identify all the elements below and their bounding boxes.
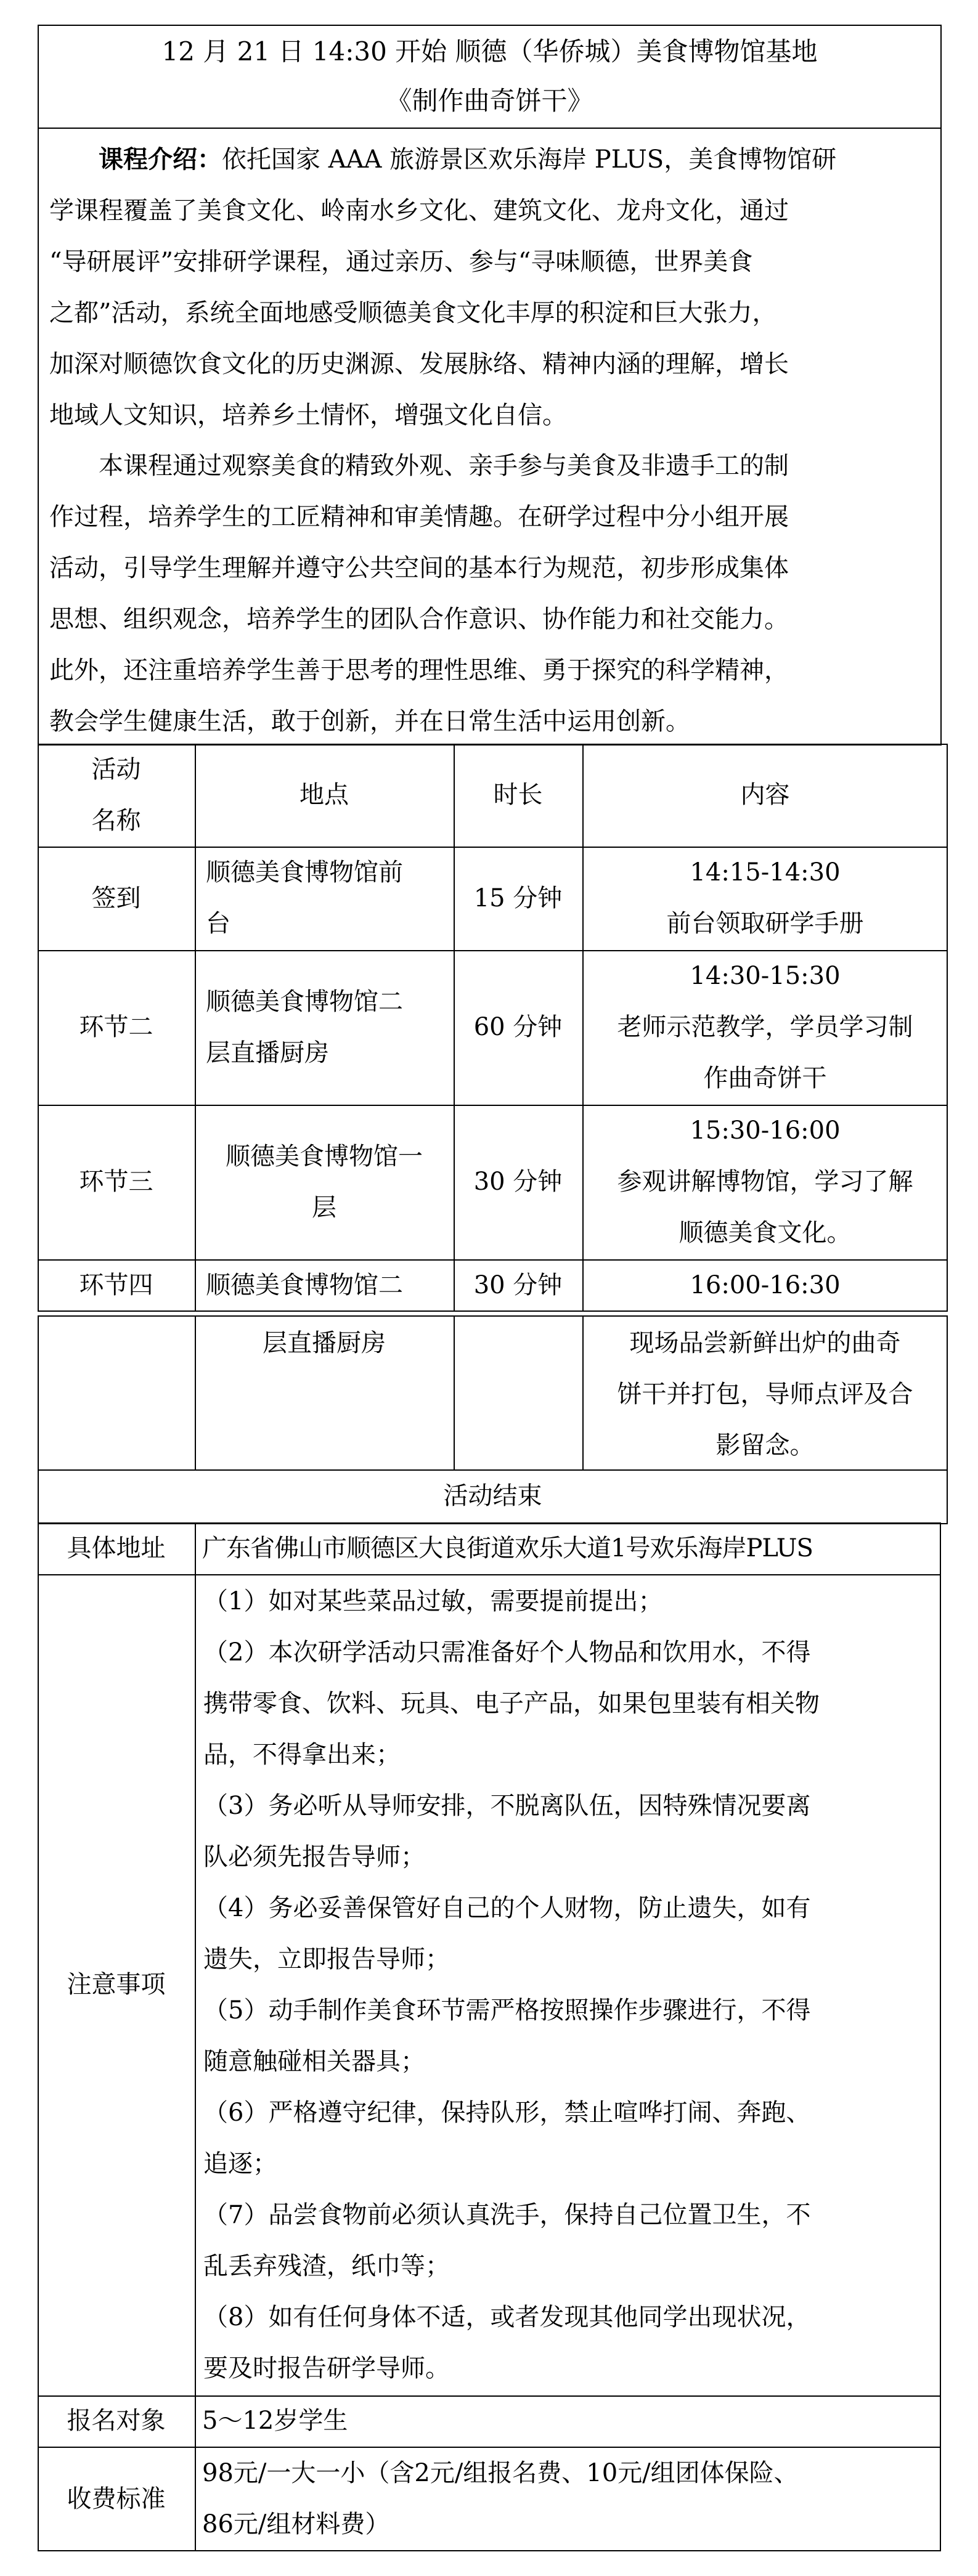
intro-label: 课程介绍： bbox=[99, 145, 222, 174]
note-item: （6）严格遵守纪律，保持队形，禁止喧哗打闹、奔跑、 bbox=[203, 2087, 810, 2139]
row-1-content: 14:15-14:30 前台领取研学手册 bbox=[582, 847, 948, 950]
note-item: （1）如对某些菜品过敏，需要提前提出； bbox=[203, 1576, 662, 1627]
col-line bbox=[454, 1315, 455, 1470]
fee-label: 收费标准 bbox=[38, 2447, 195, 2551]
header-place: 地点 bbox=[195, 744, 454, 847]
intro-paragraph-2: 本课程通过观察美食的精致外观、亲手参与美食及非遗手工的制 作过程，培养学生的工匠… bbox=[49, 441, 789, 747]
notes-list: （1）如对某些菜品过敏，需要提前提出； （2）本次研学活动只需准备好个人物品和饮… bbox=[195, 1574, 941, 2395]
row-3-content: 15:30-16:00 参观讲解博物馆，学习了解 顺德美食文化。 bbox=[582, 1105, 948, 1259]
row-1-place: 顺德美食博物馆前 台 bbox=[195, 847, 454, 950]
row-2-name: 环节二 bbox=[38, 950, 195, 1105]
row-3-duration: 30 分钟 bbox=[454, 1105, 582, 1259]
intro-paragraph-1: 课程介绍：依托国家 AAA 旅游景区欢乐海岸 PLUS，美食博物馆研 学课程覆盖… bbox=[49, 134, 836, 441]
note-item: （3）务必听从导师安排，不脱离队伍，因特殊情况要离 bbox=[203, 1781, 810, 1832]
row-3-place: 顺德美食博物馆一 层 bbox=[195, 1105, 454, 1259]
note-item: （4）务必妥善保管好自己的个人财物，防止遗失，如有 bbox=[203, 1883, 810, 1934]
note-item: （7）品尝食物前必须认真洗手，保持自己位置卫生，不 bbox=[203, 2190, 810, 2241]
note-item: （5）动手制作美食环节需严格按照操作步骤进行，不得 bbox=[203, 1985, 810, 2036]
row-4-duration: 30 分钟 bbox=[454, 1259, 582, 1312]
audience-value: 5～12岁学生 bbox=[195, 2395, 941, 2447]
header-activity-name: 活动 名称 bbox=[38, 744, 195, 847]
address-value: 广东省佛山市顺德区大良街道欢乐大道1号欢乐海岸PLUS bbox=[195, 1522, 941, 1574]
title-line-1: 12 月 21 日 14:30 开始 顺德（华侨城）美食博物馆基地 bbox=[161, 27, 817, 76]
row-4-content-continued: 现场品尝新鲜出炉的曲奇 饼干并打包，导师点评及合 影留念。 bbox=[582, 1315, 948, 1469]
row-3-name: 环节三 bbox=[38, 1105, 195, 1259]
row-1-duration: 15 分钟 bbox=[454, 847, 582, 950]
title-line-2: 《制作曲奇饼干》 bbox=[386, 76, 593, 126]
row-2-duration: 60 分钟 bbox=[454, 950, 582, 1105]
page-title: 12 月 21 日 14:30 开始 顺德（华侨城）美食博物馆基地 《制作曲奇饼… bbox=[38, 25, 942, 128]
header-duration: 时长 bbox=[454, 744, 582, 847]
header-content: 内容 bbox=[582, 744, 948, 847]
fee-value: 98元/一大一小（含2元/组报名费、10元/组团体保险、 86元/组材料费） bbox=[195, 2447, 941, 2551]
audience-label: 报名对象 bbox=[38, 2395, 195, 2447]
row-1-name: 签到 bbox=[38, 847, 195, 950]
row-4-name: 环节四 bbox=[38, 1259, 195, 1312]
row-4-place-continued: 层直播厨房 bbox=[195, 1315, 454, 1469]
row-4-content: 16:00-16:30 bbox=[582, 1259, 948, 1312]
note-item: （8）如有任何身体不适，或者发现其他同学出现状况， bbox=[203, 2292, 810, 2343]
address-label: 具体地址 bbox=[38, 1522, 195, 1574]
row-2-content: 14:30-15:30 老师示范教学，学员学习制 作曲奇饼干 bbox=[582, 950, 948, 1105]
row-2-place: 顺德美食博物馆二 层直播厨房 bbox=[195, 950, 454, 1105]
notes-label: 注意事项 bbox=[38, 1574, 195, 2395]
row-4-place: 顺德美食博物馆二 bbox=[195, 1259, 454, 1312]
note-item: （2）本次研学活动只需准备好个人物品和饮用水，不得 bbox=[203, 1627, 810, 1678]
activity-end-label: 活动结束 bbox=[38, 1469, 948, 1523]
